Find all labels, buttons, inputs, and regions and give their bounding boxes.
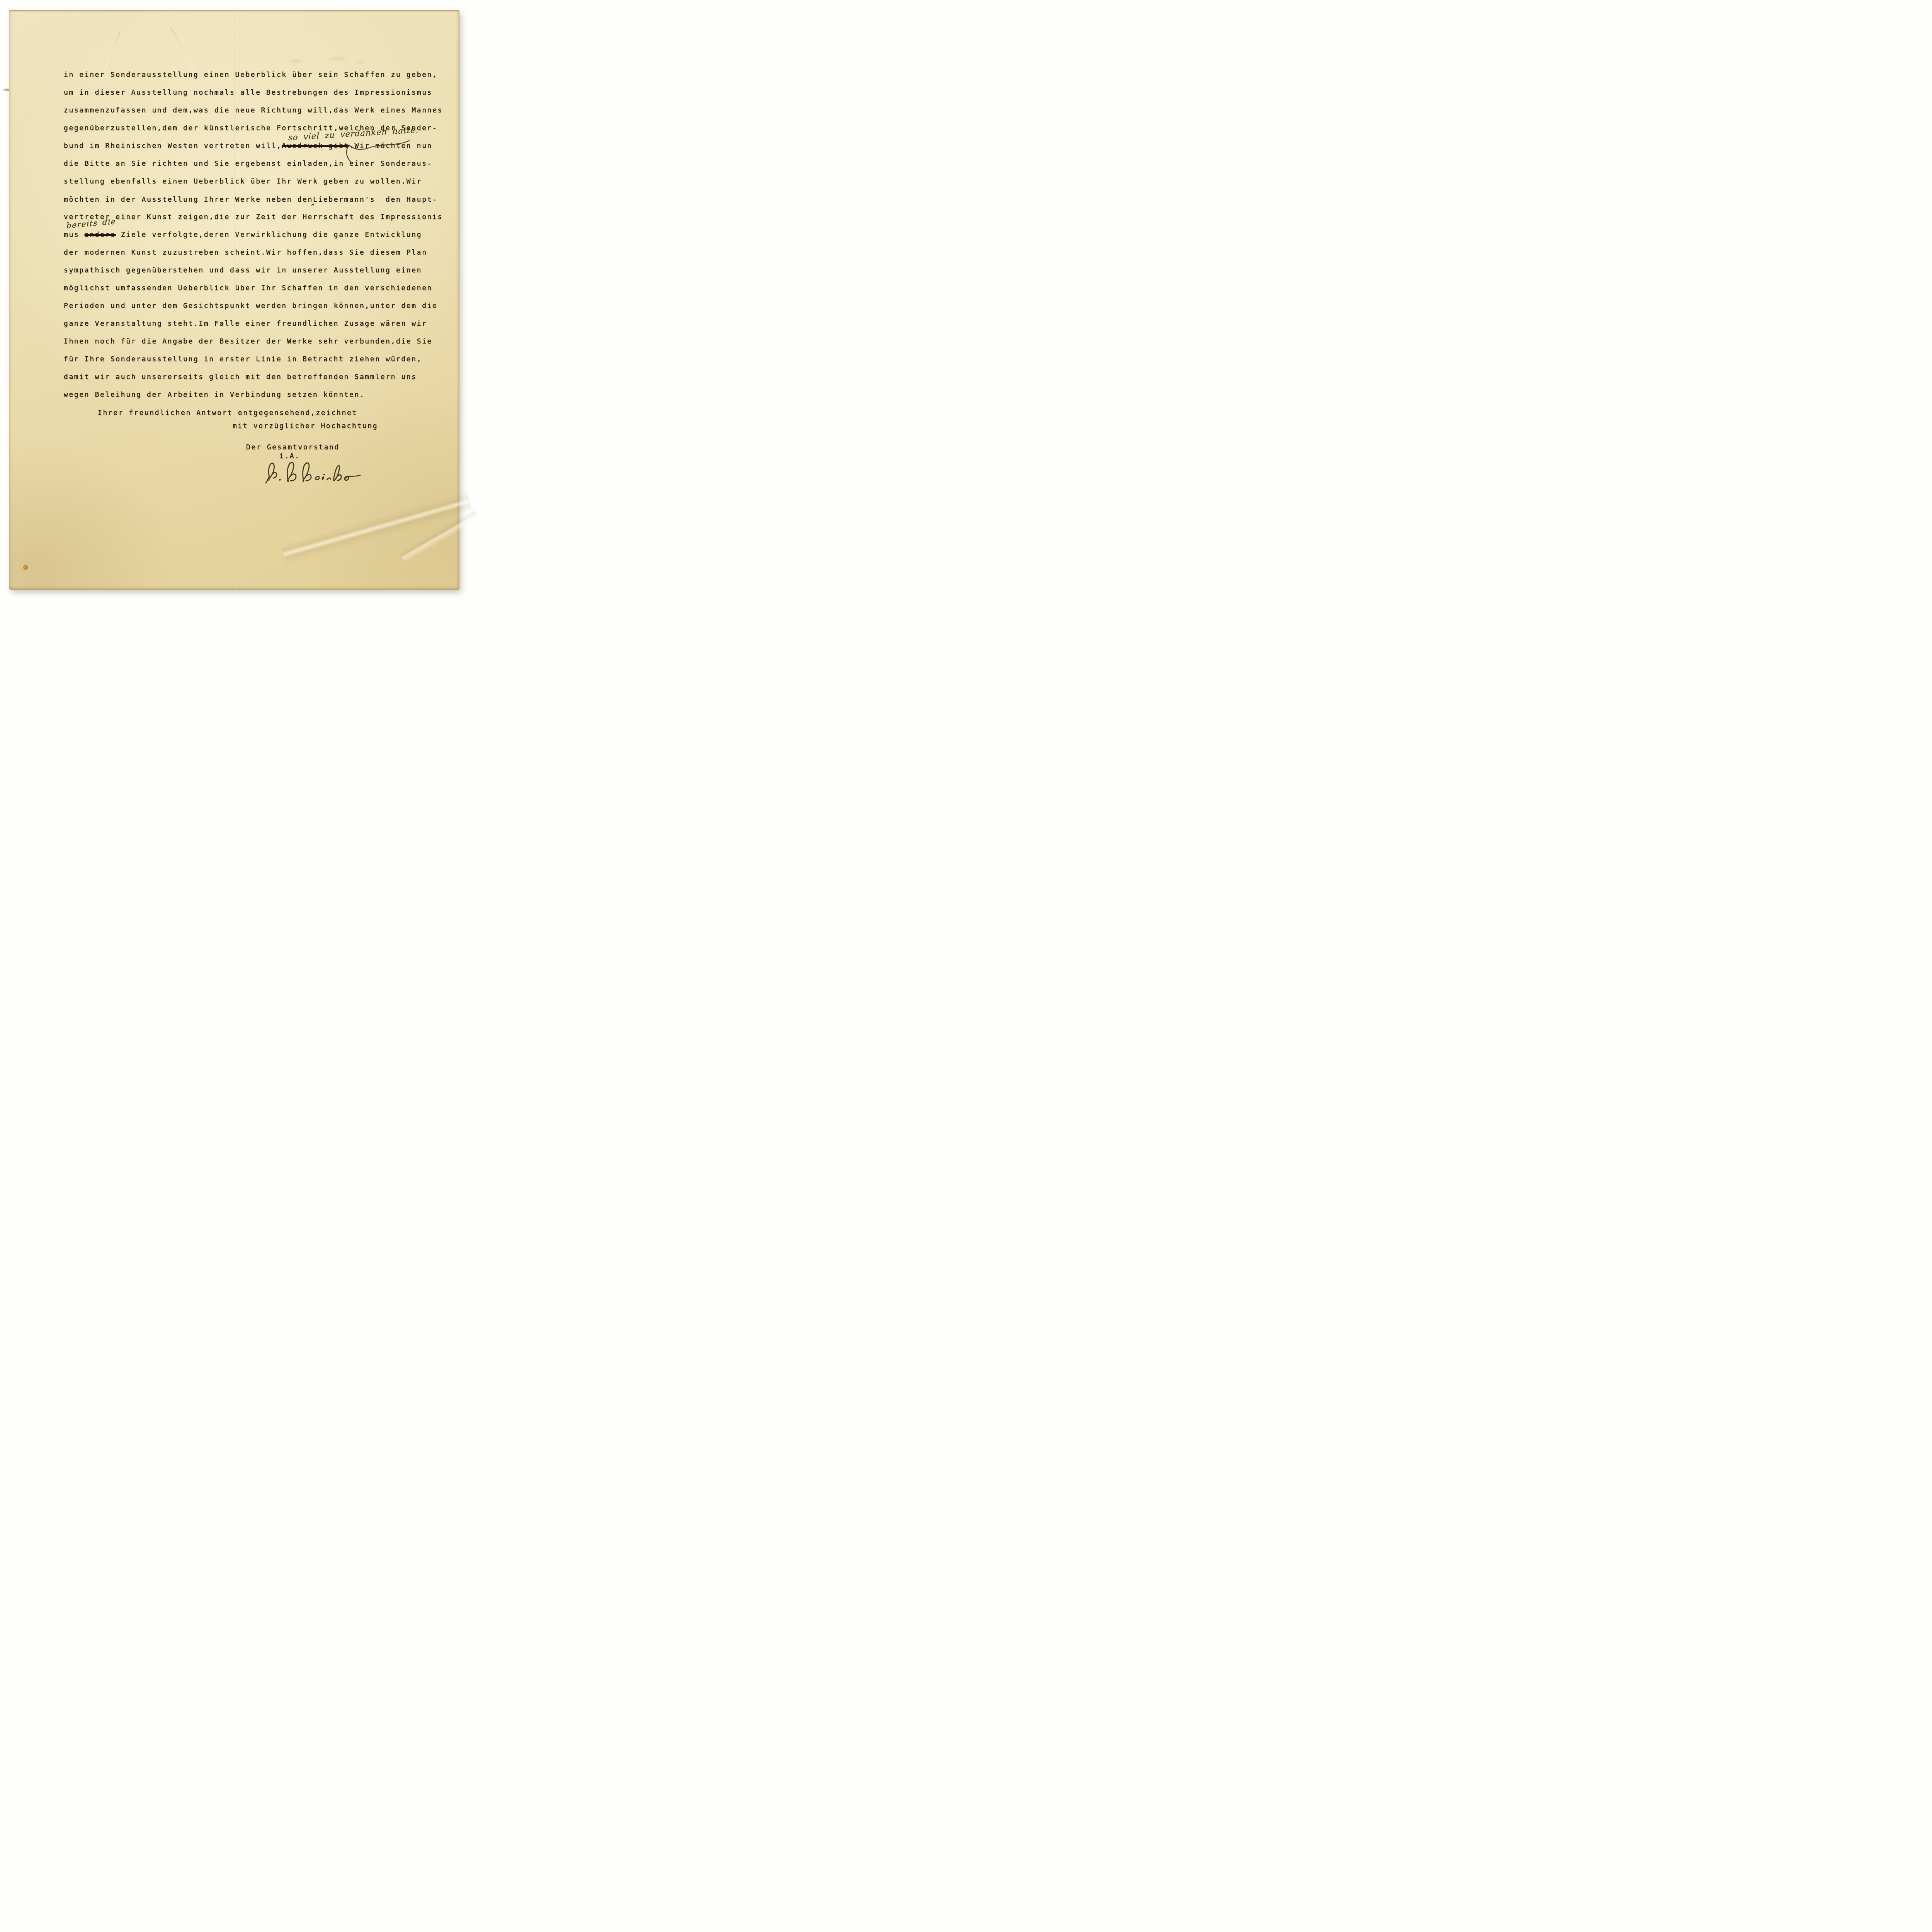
typed-text: vertreter einer Kunst zeigen,die zur Zei…: [64, 213, 443, 221]
typed-line: damit wir auch unsererseits gleich mit d…: [64, 372, 417, 383]
typed-line-with-strikethrough: mus andere Ziele verfolgte,deren Verwirk…: [64, 230, 422, 240]
typed-text: der modernen Kunst zuzustreben scheint.W…: [64, 248, 427, 257]
typed-line: sympathisch gegenüberstehen und dass wir…: [64, 266, 422, 276]
valediction-line: mit vorzüglicher Hochachtung: [233, 422, 378, 432]
typed-text: um in dieser Ausstellung nochmals alle B…: [64, 88, 432, 97]
typed-text: Perioden und unter dem Gesichtspunkt wer…: [64, 302, 437, 310]
typed-text: möchten in der Ausstellung Ihrer Werke n…: [64, 196, 313, 204]
typed-line-with-caret: möchten in der Ausstellung Ihrer Werke n…: [64, 195, 437, 205]
bottom-right-corner-crease: [391, 492, 476, 575]
typed-line: um in dieser Ausstellung nochmals alle B…: [64, 88, 432, 98]
ink-ghost-smudge: [249, 52, 372, 69]
typed-text: mus: [64, 231, 85, 239]
typed-line: möglichst umfassenden Ueberblick über Ih…: [64, 284, 432, 294]
typed-text: wegen Beleihung der Arbeiten in Verbindu…: [64, 391, 365, 399]
stain-dot: [23, 565, 28, 570]
typed-line: zusammenzufassen und dem,was die neue Ri…: [64, 106, 443, 116]
scan-background: in einer Sonderausstellung einen Ueberbl…: [0, 0, 476, 601]
typed-text: bund im Rheinischen Westen vertreten wil…: [64, 142, 282, 150]
typed-text: i.A.: [279, 452, 300, 460]
typed-text: Ihnen noch für die Angabe der Besitzer d…: [64, 337, 432, 345]
typed-text: für Ihre Sonderausstellung in erster Lin…: [64, 355, 422, 363]
typed-text: möglichst umfassenden Ueberblick über Ih…: [64, 284, 432, 292]
letter-paper: in einer Sonderausstellung einen Ueberbl…: [9, 10, 459, 590]
typed-line: wegen Beleihung der Arbeiten in Verbindu…: [64, 390, 365, 400]
typed-text: damit wir auch unsererseits gleich mit d…: [64, 373, 417, 381]
typed-text: Ziele verfolgte,deren Verwirklichung die…: [116, 231, 422, 239]
top-left-crease: [94, 31, 121, 96]
typed-text: sympathisch gegenüberstehen und dass wir…: [64, 266, 422, 274]
struck-text: andere: [85, 231, 116, 239]
typed-text: Ihrer freundlichen Antwort entgegensehen…: [98, 409, 357, 417]
typed-line: stellung ebenfalls einen Ueberblick über…: [64, 177, 422, 187]
closing-intro-line: Ihrer freundlichen Antwort entgegensehen…: [98, 408, 357, 418]
typed-line: Perioden und unter dem Gesichtspunkt wer…: [64, 301, 437, 311]
typed-text: ganze Veranstaltung steht.Im Falle einer…: [64, 320, 427, 328]
typed-text: Der Gesamtvorstand: [246, 443, 340, 451]
typed-line: der modernen Kunst zuzustreben scheint.W…: [64, 248, 427, 258]
typed-line: für Ihre Sonderausstellung in erster Lin…: [64, 355, 422, 365]
insertion-flourish-stroke: [336, 133, 419, 168]
typed-line: Ihnen noch für die Angabe der Besitzer d…: [64, 337, 432, 347]
typed-text: mit vorzüglicher Hochachtung: [233, 422, 378, 430]
typed-text: in einer Sonderausstellung einen Ueberbl…: [64, 71, 437, 79]
typed-text: zusammenzufassen und dem,was die neue Ri…: [64, 106, 443, 114]
typed-line: in einer Sonderausstellung einen Ueberbl…: [64, 70, 437, 80]
typed-text: Liebermann's den Haupt-: [313, 196, 438, 204]
typed-line: ganze Veranstaltung steht.Im Falle einer…: [64, 319, 427, 329]
signature: [264, 461, 372, 485]
bottom-right-crease: [276, 472, 476, 581]
typed-text: stellung ebenfalls einen Ueberblick über…: [64, 177, 422, 185]
typed-line: vertreter einer Kunst zeigen,die zur Zei…: [64, 213, 443, 223]
